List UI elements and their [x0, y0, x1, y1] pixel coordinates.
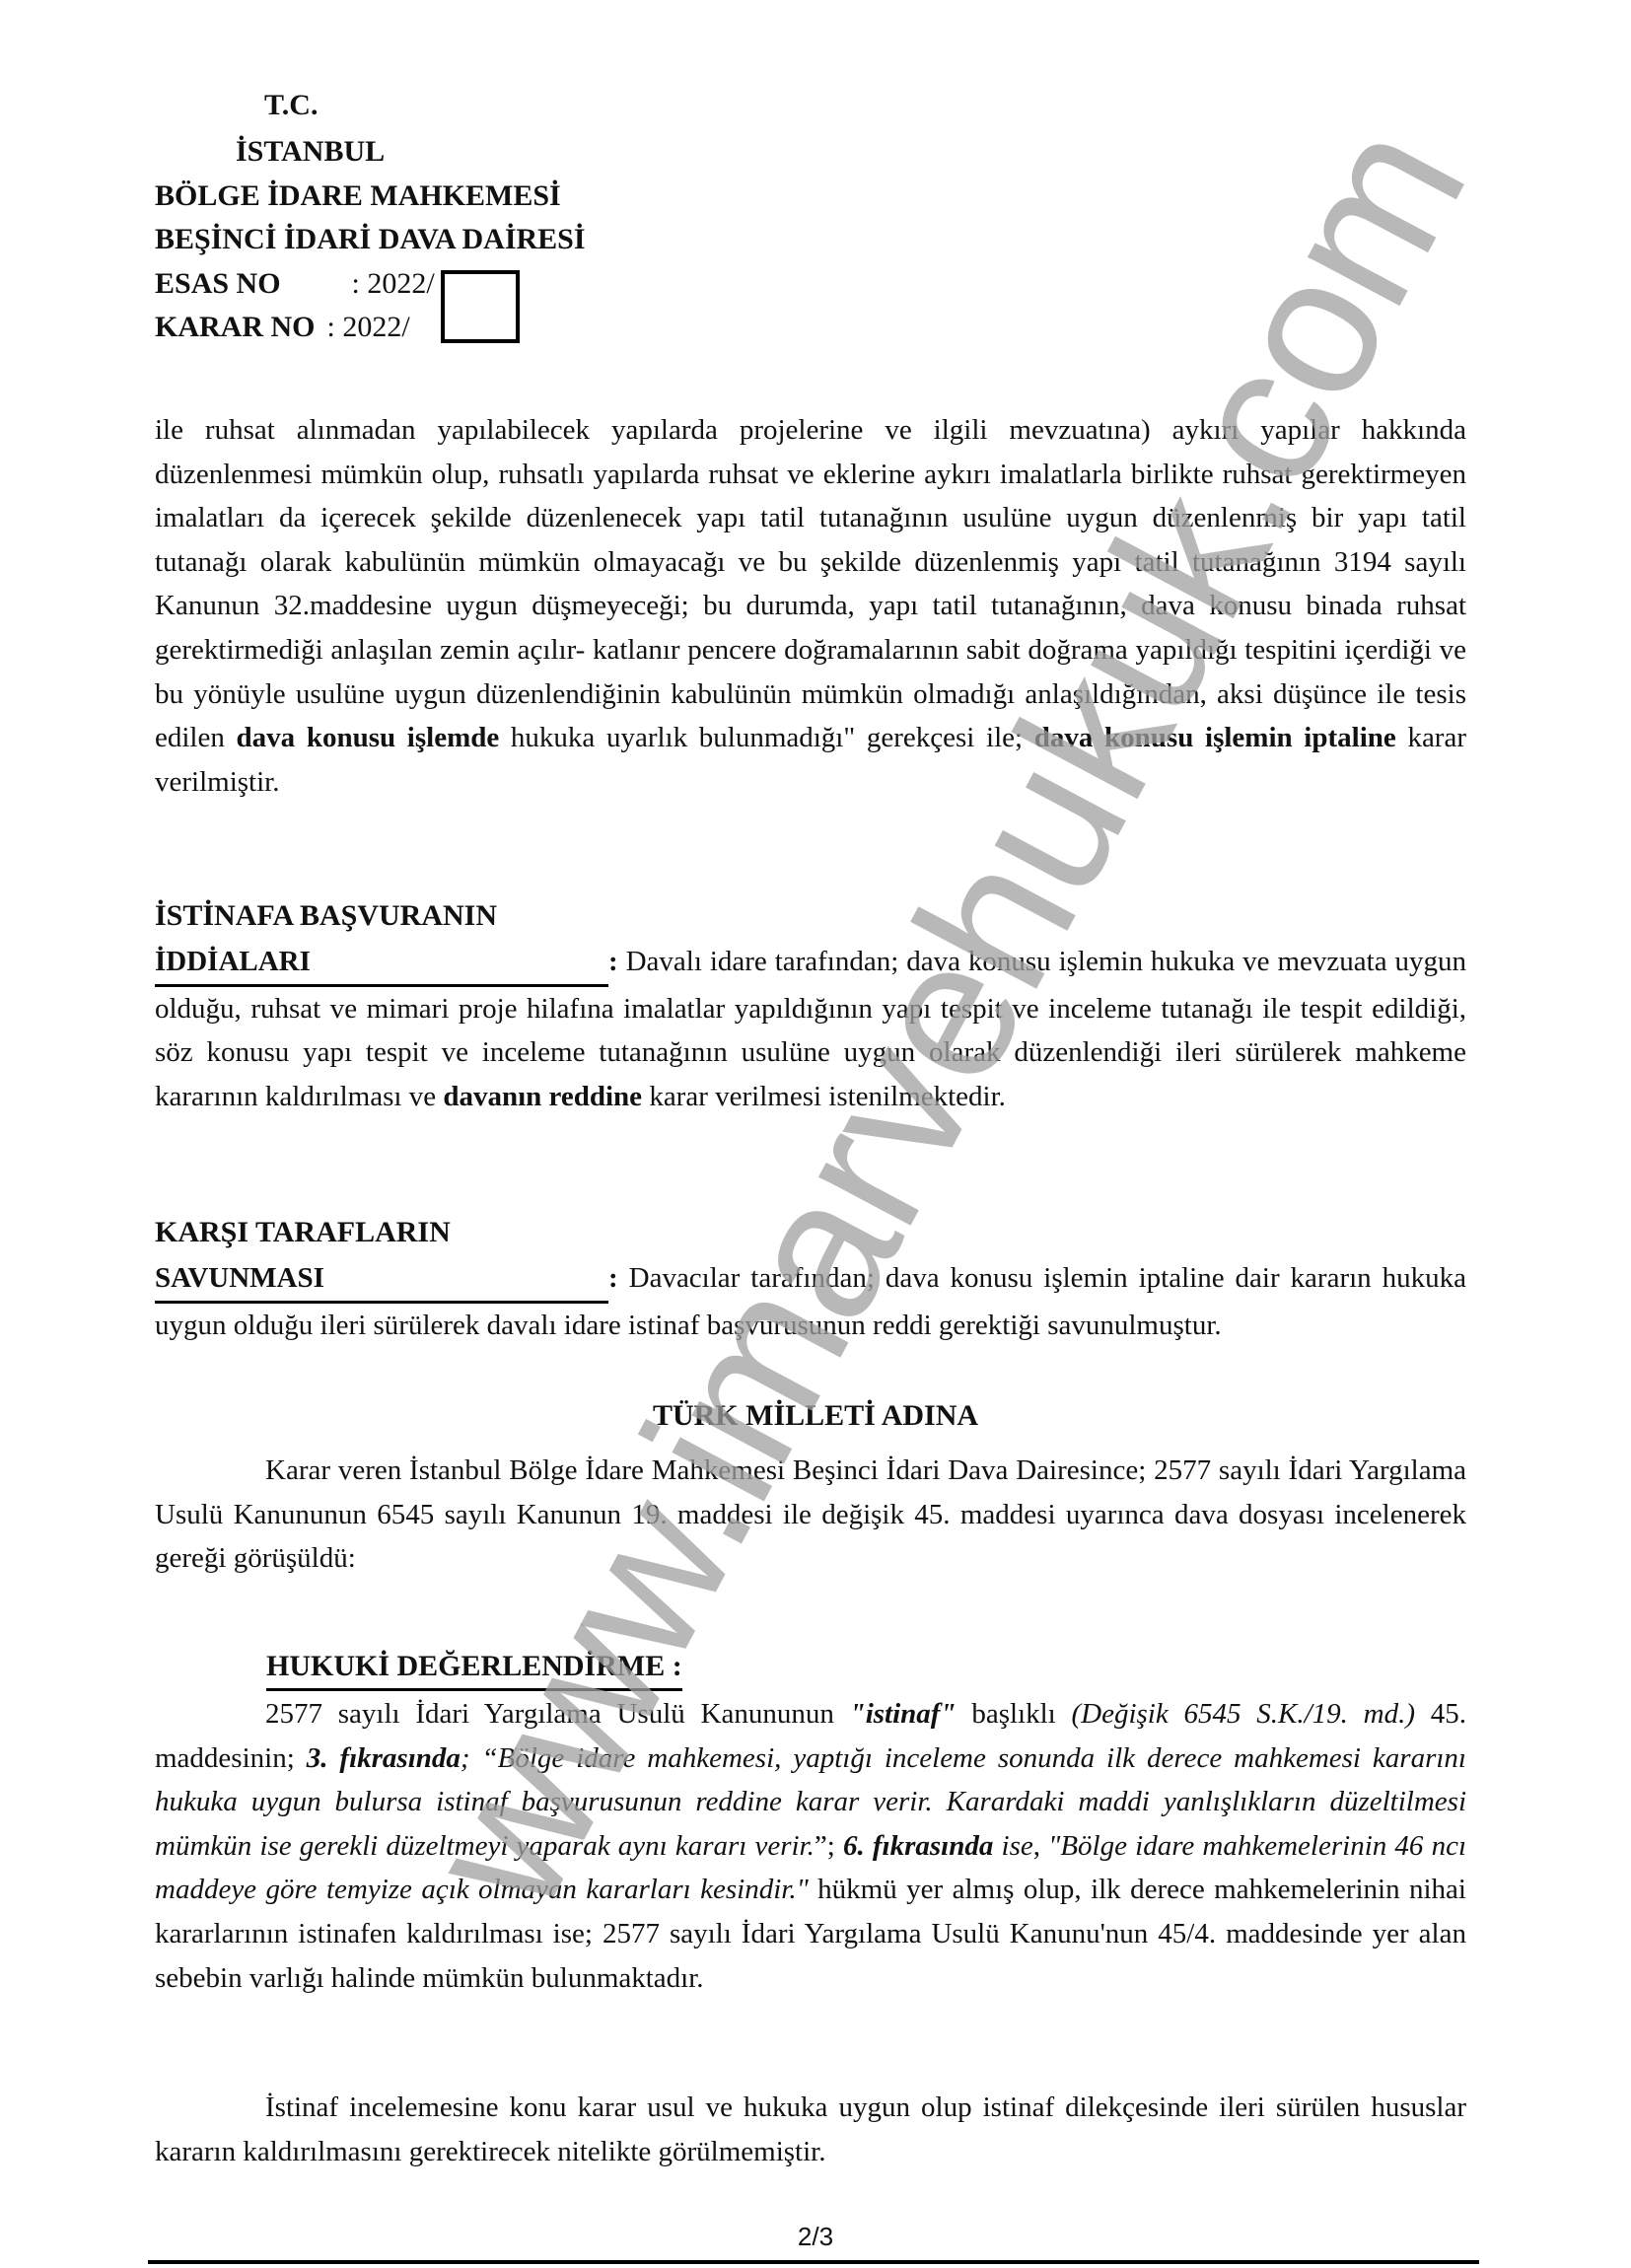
nation-title: TÜRK MİLLETİ ADINA — [0, 1394, 1631, 1438]
esas-no-value: : 2022/ — [352, 267, 435, 300]
decision-intro: Karar veren İstanbul Bölge İdare Mahkeme… — [155, 1449, 1466, 1581]
header-city: İSTANBUL — [236, 131, 385, 172]
la-text-5: , — [1033, 1830, 1048, 1862]
esas-no-label: ESAS NO — [155, 267, 281, 300]
intro-paragraph: ile ruhsat alınmadan yapılabilecek yapıl… — [155, 408, 1466, 804]
la-text-1: 2577 sayılı İdari Yargılama Usulü Kanunu… — [265, 1698, 850, 1730]
appellant-heading: İSTİNAFA BAŞVURANIN — [155, 894, 497, 938]
la-italic-1: (Değişik 6545 S.K./19. md.) — [1071, 1698, 1415, 1730]
esas-no-row: ESAS NO: 2022/ — [155, 263, 435, 304]
defense-label: SAVUNMASI — [155, 1256, 608, 1304]
legal-assessment-heading: HUKUKİ DEĞERLENDİRME : — [266, 1645, 682, 1691]
appellant-text-2: karar verilmesi istenilmektedir. — [642, 1081, 1006, 1112]
intro-bold-2: dava konusu işlemin iptaline — [1034, 722, 1396, 753]
legal-assessment-paragraph-2: İstinaf incelemesine konu karar usul ve … — [155, 2086, 1466, 2173]
footer-rule — [148, 2260, 1479, 2264]
karar-no-value: : 2022/ — [327, 311, 410, 343]
appellant-bold-1: davanın reddine — [443, 1081, 642, 1112]
karar-no-label: KARAR NO — [155, 311, 316, 343]
defense-colon: : — [608, 1262, 618, 1294]
defense-heading: KARŞI TARAFLARIN — [155, 1211, 451, 1254]
karar-no-row: KARAR NO: 2022/ — [155, 307, 410, 347]
la-bolditalic-2: 3. fıkrasında — [307, 1742, 461, 1774]
intro-text-2: hukuka uyarlık bulunmadığı" gerekçesi il… — [499, 722, 1034, 753]
intro-bold-1: dava konusu işlemde — [237, 722, 500, 753]
defense-paragraph: SAVUNMASI: Davacılar tarafından; dava ko… — [155, 1256, 1466, 1347]
header-chamber: BEŞİNCİ İDARİ DAVA DAİRESİ — [155, 219, 586, 259]
legal-assessment-paragraph-1: 2577 sayılı İdari Yargılama Usulü Kanunu… — [155, 1692, 1466, 2000]
la-bolditalic-1: "istinaf" — [850, 1698, 957, 1730]
page-number: 2/3 — [0, 2222, 1631, 2252]
appellant-paragraph: İDDİALARI: Davalı idare tarafından; dava… — [155, 940, 1466, 1118]
header-court: BÖLGE İDARE MAHKEMESİ — [155, 176, 561, 216]
la-bolditalic-3: 6. fıkrasında — [843, 1830, 993, 1862]
redaction-box — [441, 270, 520, 343]
document-page: T.C. İSTANBUL BÖLGE İDARE MAHKEMESİ BEŞİ… — [0, 0, 1631, 2268]
la-text-4: ”; — [815, 1830, 843, 1862]
appellant-colon: : — [608, 946, 618, 977]
intro-text-1: ile ruhsat alınmadan yapılabilecek yapıl… — [155, 414, 1466, 753]
header-tc: T.C. — [264, 85, 318, 125]
la-text-2: başlıklı — [957, 1698, 1072, 1730]
la-italic-3: ise — [993, 1830, 1032, 1862]
appellant-label: İDDİALARI — [155, 940, 608, 987]
